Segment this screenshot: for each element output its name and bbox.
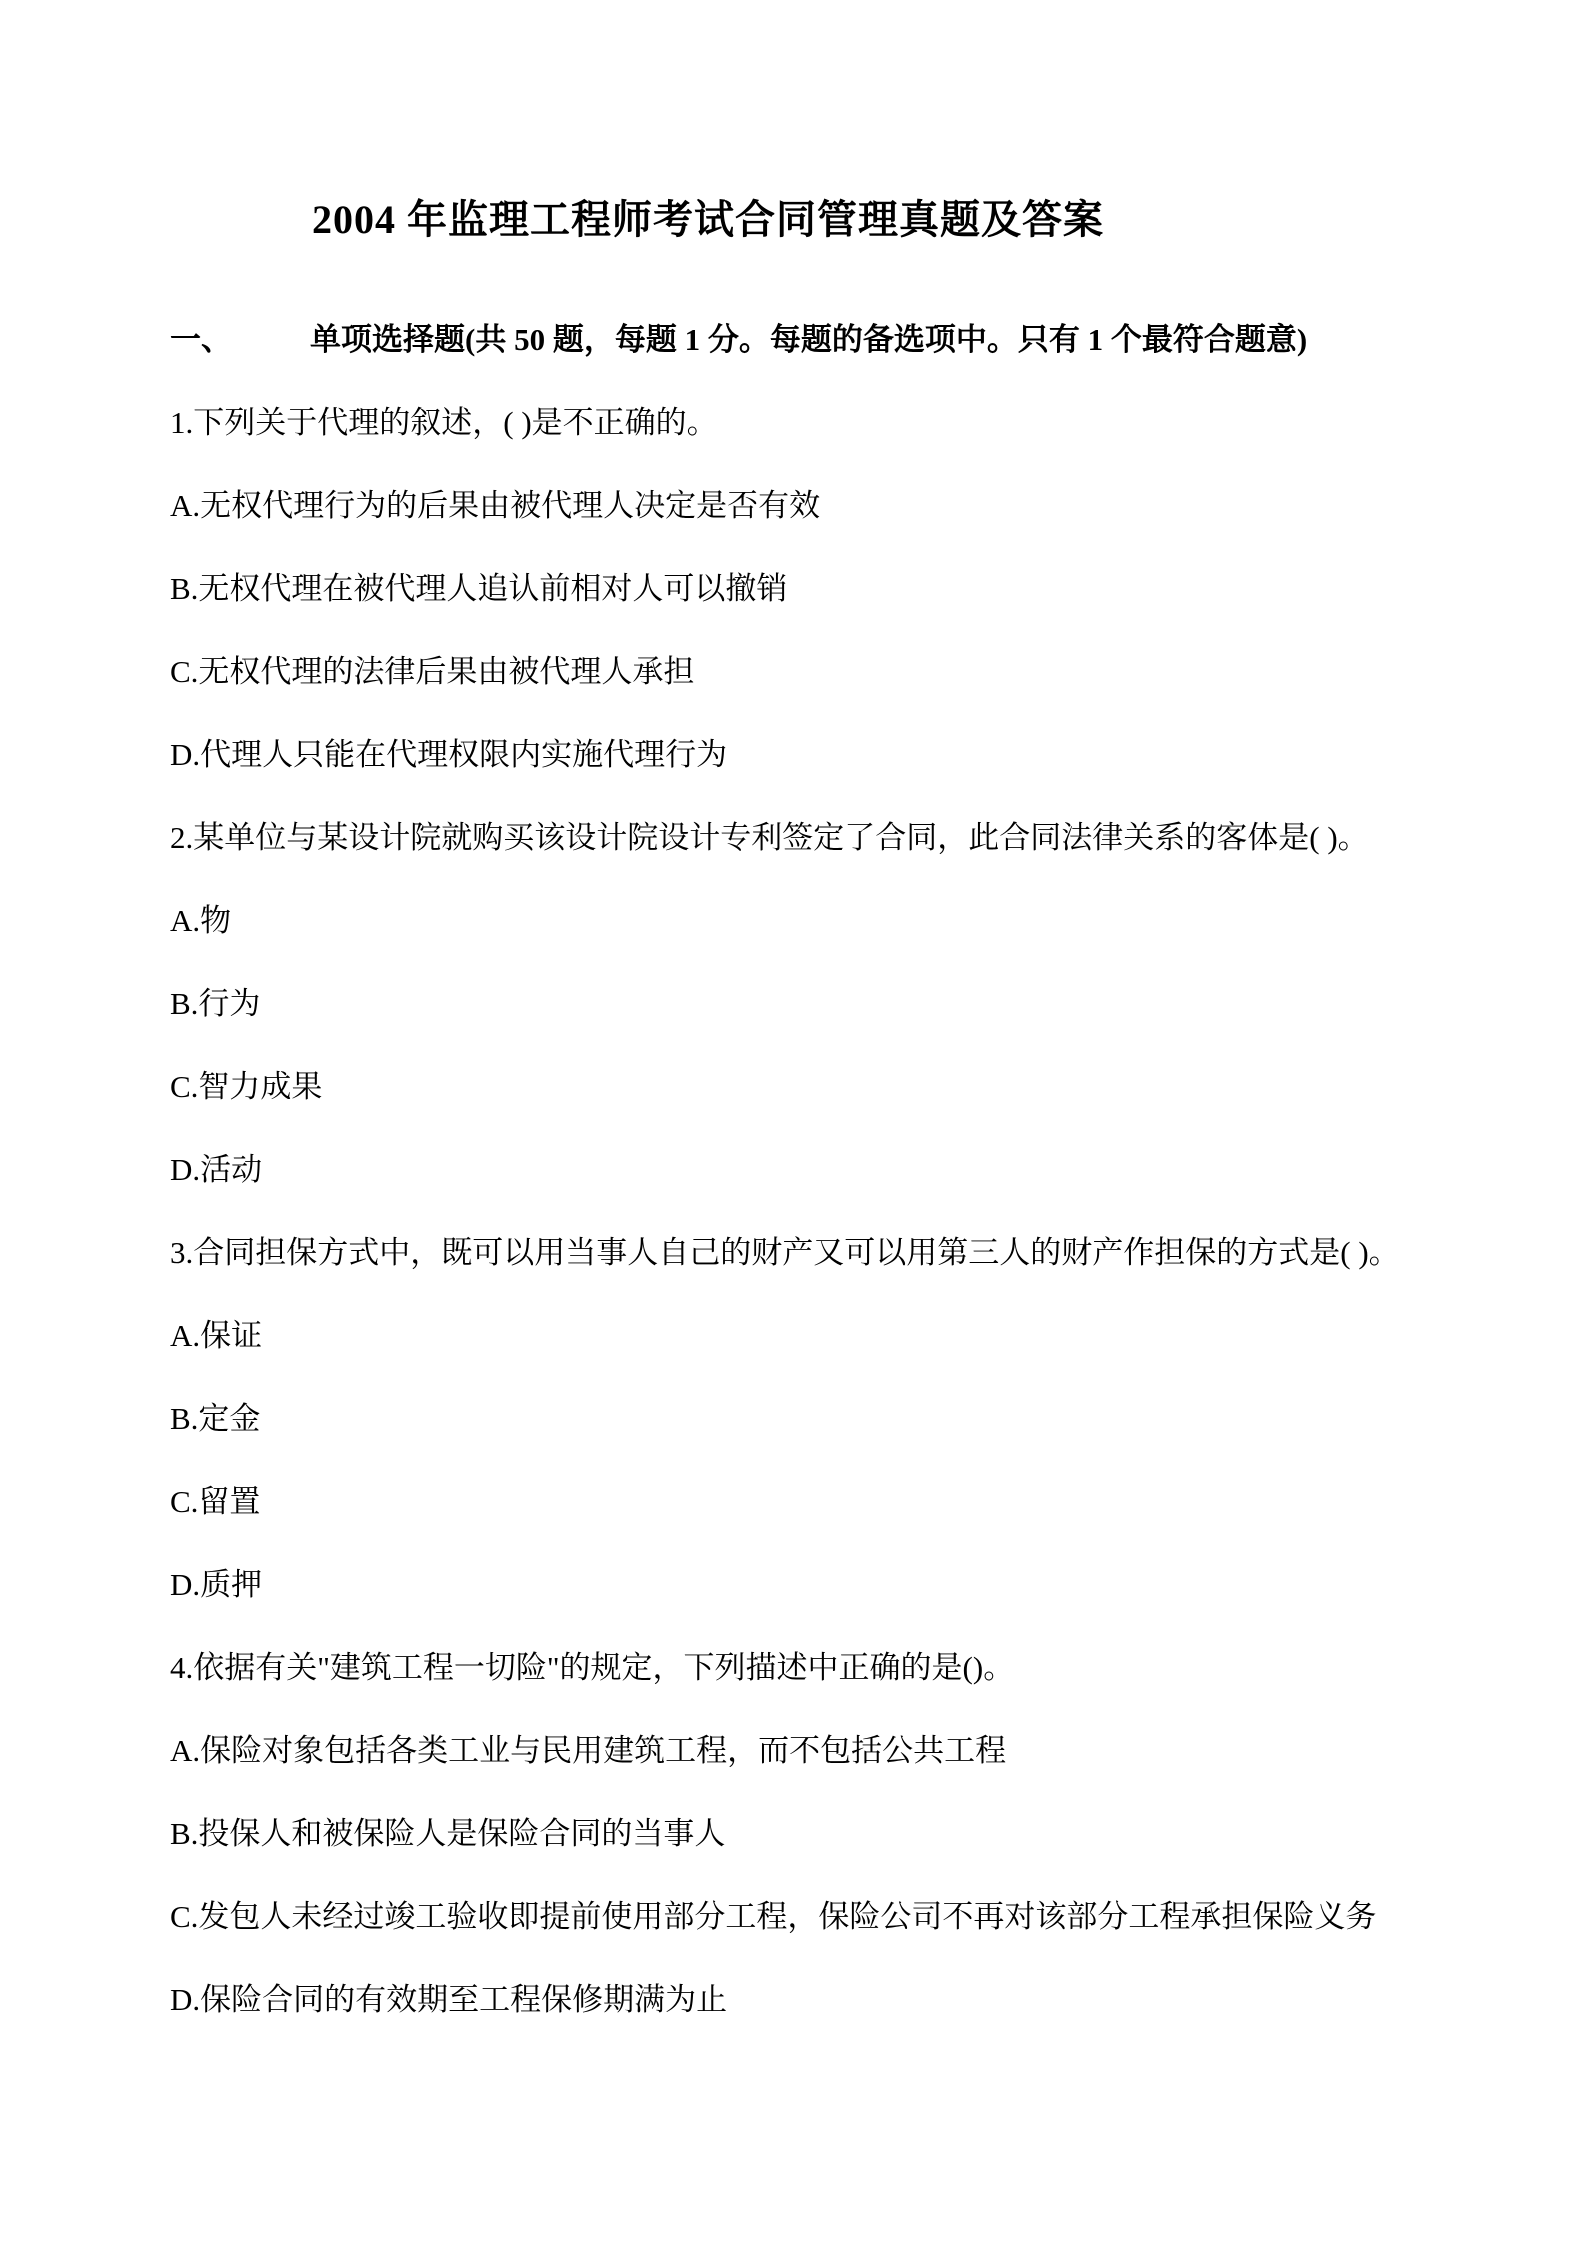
question-option: D.代理人只能在代理权限内实施代理行为 [170,733,1426,777]
question-option: D.活动 [170,1148,1426,1192]
question-option: A.物 [170,899,1426,943]
section-header: 一、单项选择题(共 50 题，每题 1 分。每题的备选项中。只有 1 个最符合题… [170,318,1426,362]
question-stem: 4.依据有关"建筑工程一切险"的规定，下列描述中正确的是()。 [170,1646,1426,1690]
document-title: 2004 年监理工程师考试合同管理真题及答案 [312,196,1426,244]
question-option: B.无权代理在被代理人追认前相对人可以撤销 [170,567,1426,611]
question-block-4: 4.依据有关"建筑工程一切险"的规定，下列描述中正确的是()。 A.保险对象包括… [170,1646,1426,2022]
question-block-1: 1.下列关于代理的叙述，( )是不正确的。 A.无权代理行为的后果由被代理人决定… [170,401,1426,777]
question-option: B.投保人和被保险人是保险合同的当事人 [170,1812,1426,1856]
question-option: C.发包人未经过竣工验收即提前使用部分工程，保险公司不再对该部分工程承担保险义务 [170,1895,1426,1939]
section-numbering: 一、 [170,322,232,357]
section-title: 单项选择题(共 50 题，每题 1 分。每题的备选项中。只有 1 个最符合题意) [310,322,1307,357]
question-option: A.保证 [170,1314,1426,1358]
document-page: 2004 年监理工程师考试合同管理真题及答案 一、单项选择题(共 50 题，每题… [0,0,1586,2244]
question-option: B.定金 [170,1397,1426,1441]
question-option: A.保险对象包括各类工业与民用建筑工程，而不包括公共工程 [170,1729,1426,1773]
question-option: D.保险合同的有效期至工程保修期满为止 [170,1978,1426,2022]
question-option: C.无权代理的法律后果由被代理人承担 [170,650,1426,694]
question-stem: 2.某单位与某设计院就购买该设计院设计专利签定了合同，此合同法律关系的客体是( … [170,816,1426,860]
question-block-2: 2.某单位与某设计院就购买该设计院设计专利签定了合同，此合同法律关系的客体是( … [170,816,1426,1192]
question-option: D.质押 [170,1563,1426,1607]
question-option: A.无权代理行为的后果由被代理人决定是否有效 [170,484,1426,528]
question-stem: 1.下列关于代理的叙述，( )是不正确的。 [170,401,1426,445]
question-option: C.智力成果 [170,1065,1426,1109]
question-option: C.留置 [170,1480,1426,1524]
question-block-3: 3.合同担保方式中，既可以用当事人自己的财产又可以用第三人的财产作担保的方式是(… [170,1231,1426,1607]
question-stem: 3.合同担保方式中，既可以用当事人自己的财产又可以用第三人的财产作担保的方式是(… [170,1231,1426,1275]
question-option: B.行为 [170,982,1426,1026]
